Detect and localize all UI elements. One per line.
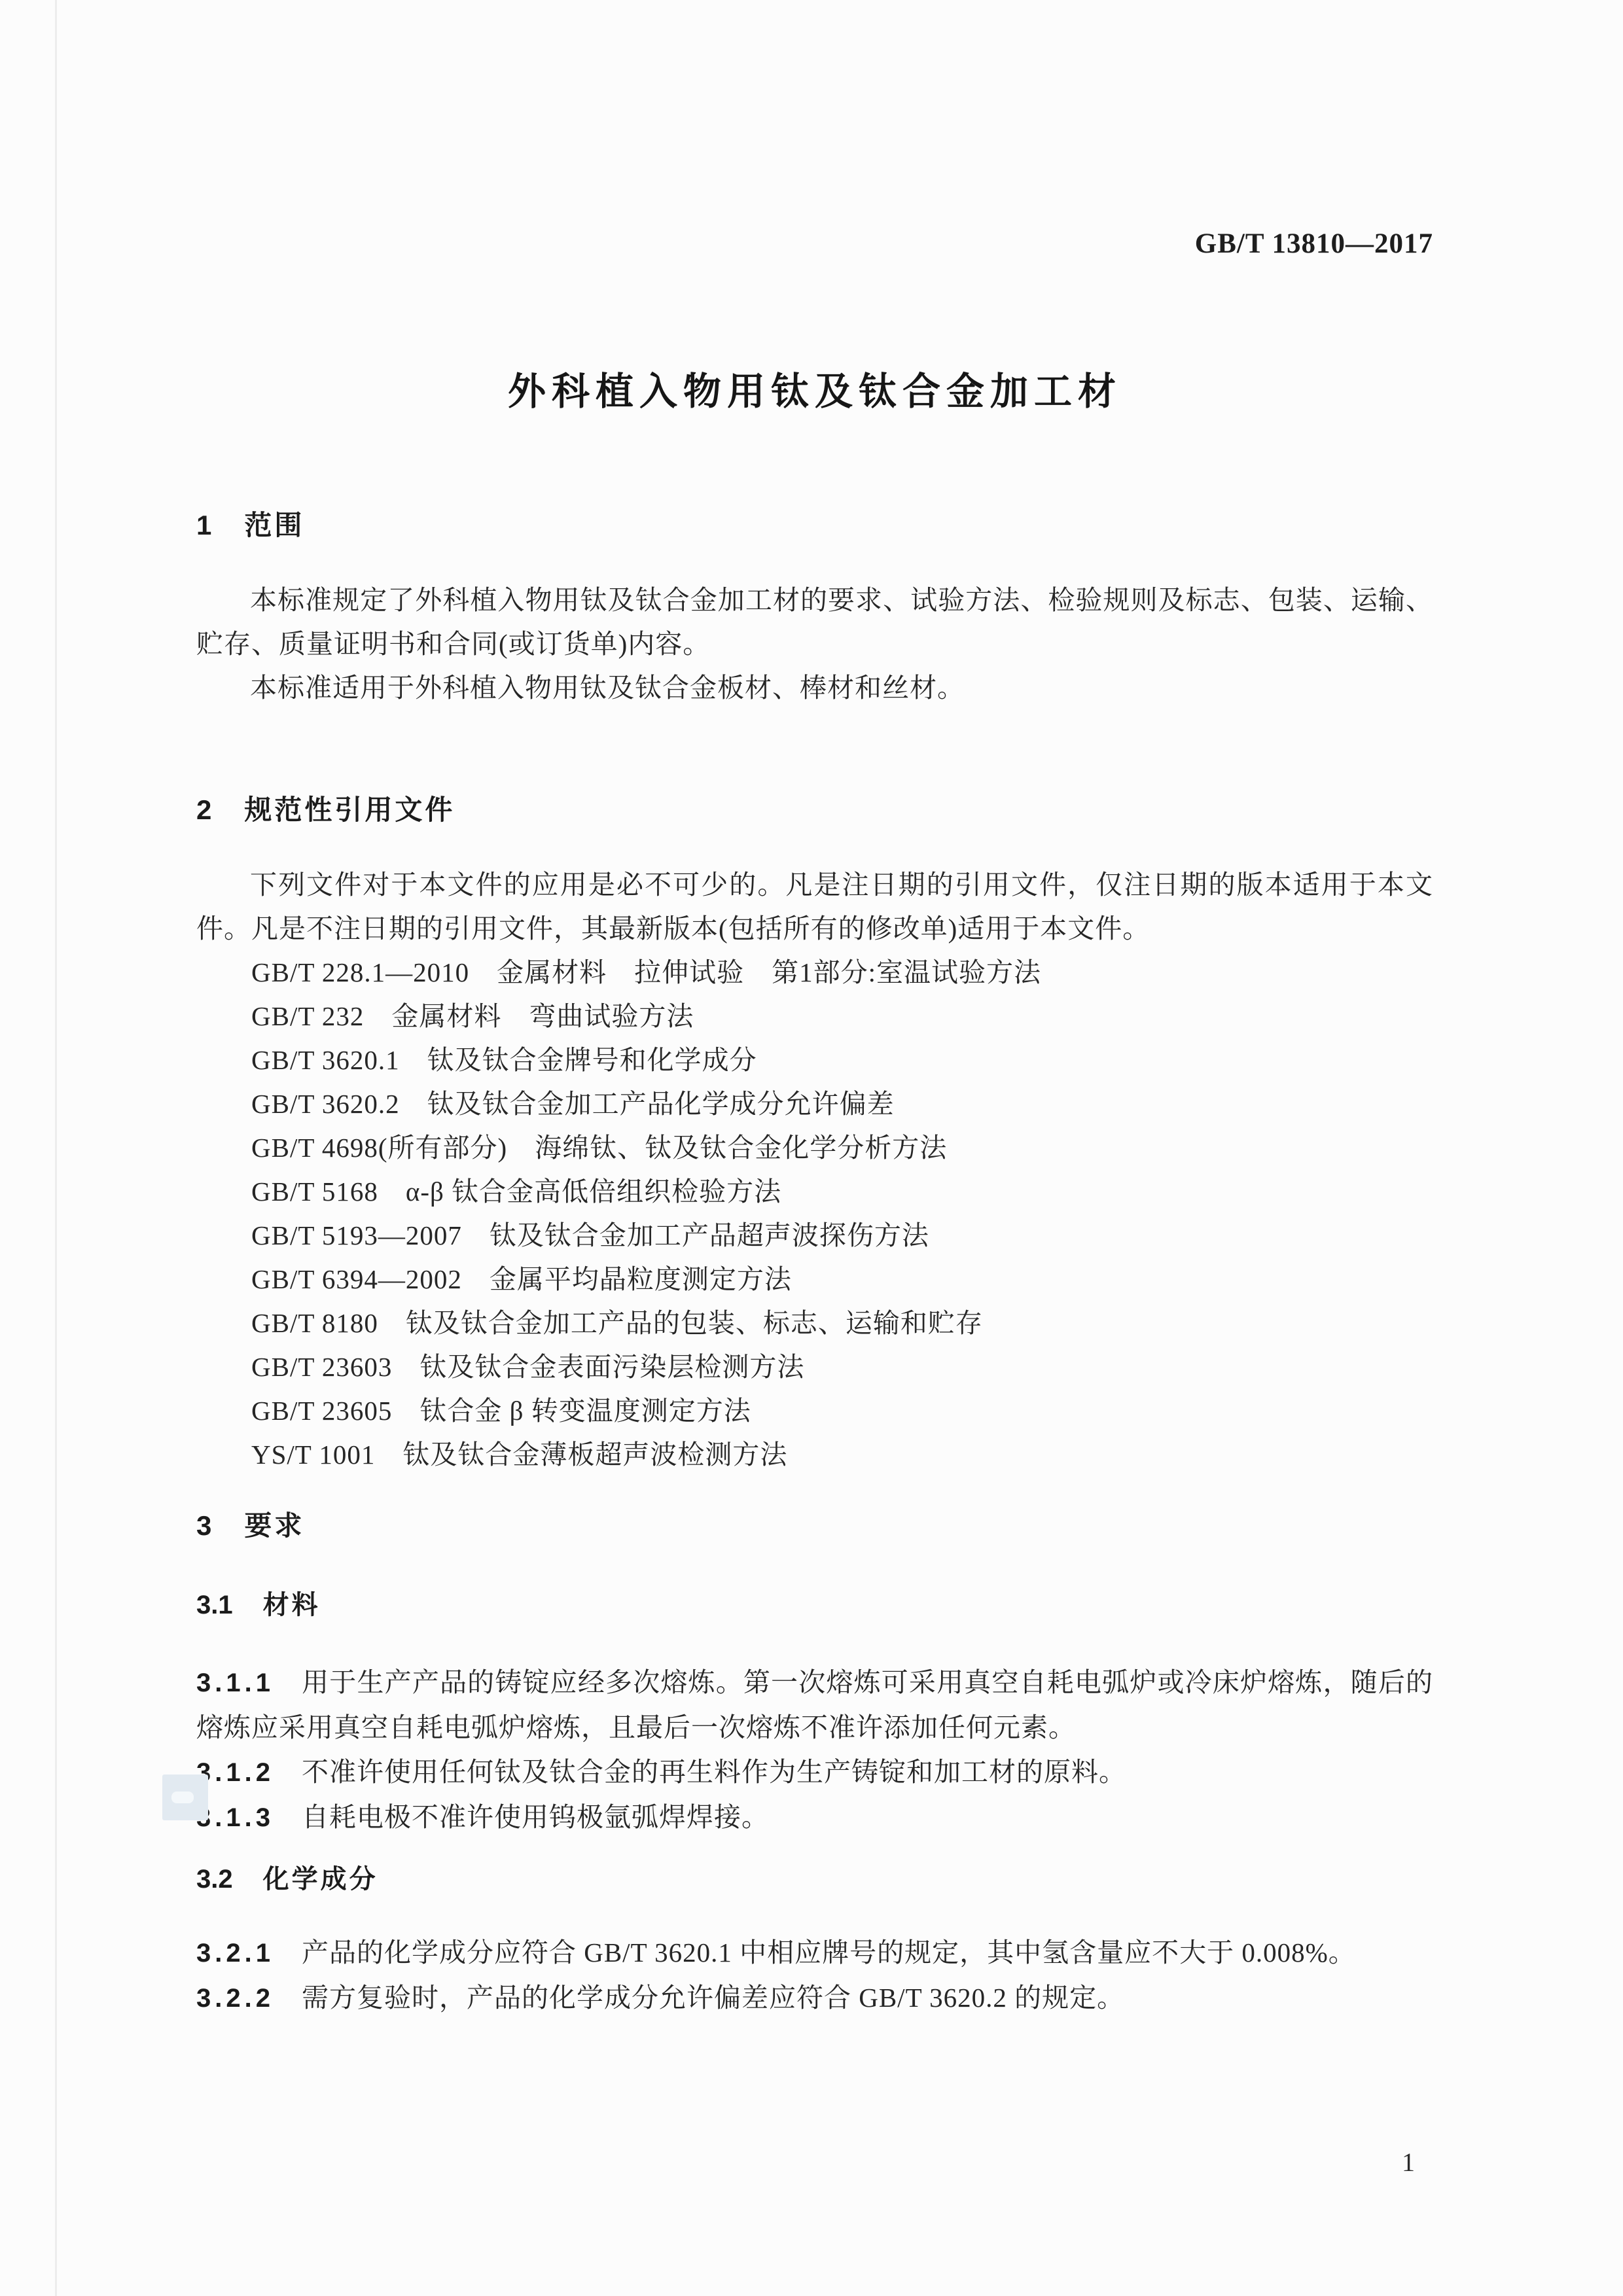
- reference-item: GB/T 3620.1 钛及钛合金牌号和化学成分: [251, 1038, 1433, 1082]
- section-3-1-heading: 3.1材料: [196, 1591, 1433, 1619]
- clause-3-2-2-number: 3.2.2: [196, 1984, 274, 2013]
- clause-3-2-1: 3.2.1产品的化学成分应符合 GB/T 3620.1 中相应牌号的规定，其中氢…: [196, 1930, 1433, 1975]
- scan-watermark-artifact: [162, 1775, 208, 1820]
- section-2-heading: 2规范性引用文件: [196, 795, 1433, 825]
- section-3-title: 要求: [244, 1510, 304, 1541]
- clause-3-2-2: 3.2.2需方复验时，产品的化学成分允许偏差应符合 GB/T 3620.2 的规…: [196, 1975, 1433, 2021]
- reference-item: GB/T 4698(所有部分) 海绵钛、钛及钛合金化学分析方法: [251, 1126, 1433, 1170]
- clause-3-1-3: 3.1.3自耗电极不准许使用钨极氩弧焊焊接。: [196, 1795, 1433, 1840]
- reference-item: GB/T 6394—2002 金属平均晶粒度测定方法: [251, 1258, 1433, 1301]
- section-1-title: 范围: [244, 510, 304, 540]
- scope-paragraph-2: 本标准适用于外科植入物用钛及钛合金板材、棒材和丝材。: [196, 666, 1433, 710]
- page-number: 1: [1402, 2148, 1415, 2177]
- clause-3-1-1: 3.1.1用于生产产品的铸锭应经多次熔炼。第一次熔炼可采用真空自耗电弧炉或冷床炉…: [196, 1660, 1433, 1750]
- section-3-2-number: 3.2: [196, 1865, 233, 1894]
- clause-3-2-2-text: 需方复验时，产品的化学成分允许偏差应符合 GB/T 3620.2 的规定。: [302, 1983, 1124, 2013]
- reference-item: GB/T 23605 钛合金 β 转变温度测定方法: [251, 1389, 1433, 1433]
- clause-3-1-2: 3.1.2不准许使用任何钛及钛合金的再生料作为生产铸锭和加工材的原料。: [196, 1750, 1433, 1795]
- section-3-1-title: 材料: [263, 1591, 321, 1619]
- section-3-2-title: 化学成分: [263, 1865, 378, 1894]
- reference-item: GB/T 23603 钛及钛合金表面污染层检测方法: [251, 1345, 1433, 1389]
- section-1-heading: 1范围: [196, 510, 1433, 540]
- section-3-1-number: 3.1: [196, 1591, 233, 1619]
- reference-item: GB/T 3620.2 钛及钛合金加工产品化学成分允许偏差: [251, 1082, 1433, 1126]
- reference-item: GB/T 232 金属材料 弯曲试验方法: [251, 995, 1433, 1038]
- clause-3-1-3-text: 自耗电极不准许使用钨极氩弧焊焊接。: [302, 1802, 769, 1832]
- scope-paragraph-1: 本标准规定了外科植入物用钛及钛合金加工材的要求、试验方法、检验规则及标志、包装、…: [196, 578, 1433, 666]
- reference-item: GB/T 5193—2007 钛及钛合金加工产品超声波探伤方法: [251, 1214, 1433, 1258]
- standard-document-page: GB/T 13810—2017 外科植入物用钛及钛合金加工材 1范围 本标准规定…: [0, 0, 1623, 2296]
- reference-item: GB/T 228.1—2010 金属材料 拉伸试验 第1部分:室温试验方法: [251, 951, 1433, 995]
- clause-3-2-1-number: 3.2.1: [196, 1939, 274, 1968]
- reference-item: GB/T 5168 α-β 钛合金高低倍组织检验方法: [251, 1170, 1433, 1214]
- clause-3-1-1-text: 用于生产产品的铸锭应经多次熔炼。第一次熔炼可采用真空自耗电弧炉或冷床炉熔炼，随后…: [196, 1667, 1433, 1742]
- scan-watermark-blob: [171, 1792, 194, 1803]
- doc-number: GB/T 13810—2017: [196, 0, 1433, 259]
- references-intro: 下列文件对于本文件的应用是必不可少的。凡是注日期的引用文件，仅注日期的版本适用于…: [196, 863, 1433, 951]
- reference-item: GB/T 8180 钛及钛合金加工产品的包装、标志、运输和贮存: [251, 1301, 1433, 1345]
- clause-3-1-1-number: 3.1.1: [196, 1669, 274, 1697]
- section-3-number: 3: [196, 1511, 211, 1541]
- clause-3-1-2-text: 不准许使用任何钛及钛合金的再生料作为生产铸锭和加工材的原料。: [302, 1757, 1126, 1787]
- reference-item: YS/T 1001 钛及钛合金薄板超声波检测方法: [251, 1433, 1433, 1477]
- scan-edge-artifact: [55, 0, 57, 2296]
- section-3-2-heading: 3.2化学成分: [196, 1865, 1433, 1894]
- section-1-number: 1: [196, 510, 211, 540]
- normative-references-list: GB/T 228.1—2010 金属材料 拉伸试验 第1部分:室温试验方法 GB…: [251, 951, 1433, 1477]
- section-2-title: 规范性引用文件: [244, 794, 455, 825]
- page-title: 外科植入物用钛及钛合金加工材: [196, 372, 1433, 412]
- section-3-heading: 3要求: [196, 1511, 1433, 1541]
- section-2-number: 2: [196, 795, 211, 825]
- clause-3-2-1-text: 产品的化学成分应符合 GB/T 3620.1 中相应牌号的规定，其中氢含量应不大…: [302, 1937, 1356, 1968]
